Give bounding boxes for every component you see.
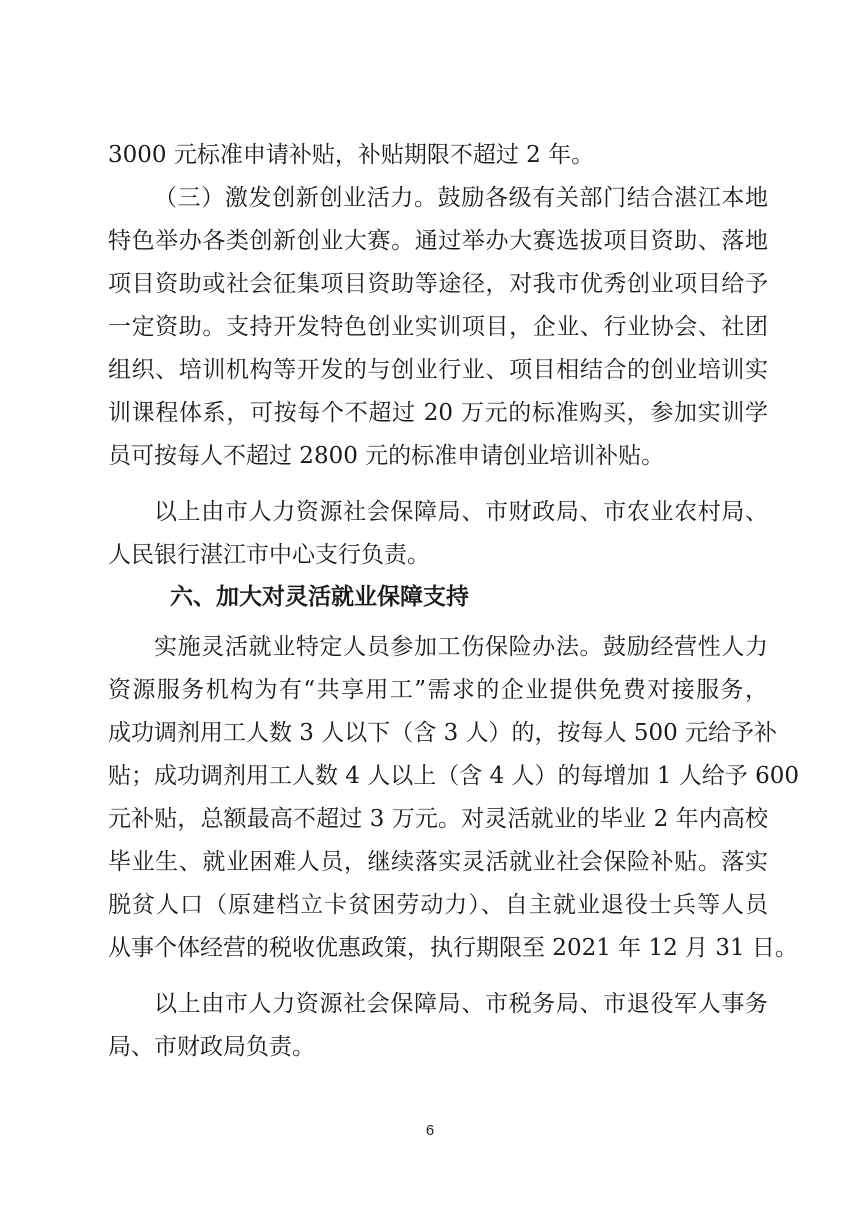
paragraph-line: 人民银行湛江市中心支行负责。 <box>108 535 768 575</box>
paragraph-line: 一定资助。支持开发特色创业实训项目，企业、行业协会、社团 <box>108 307 768 347</box>
paragraph-line: 员可按每人不超过 2800 元的标准申请创业培训补贴。 <box>108 436 768 476</box>
paragraph-line: （三）激发创新创业活力。鼓励各级有关部门结合湛江本地 <box>154 178 768 218</box>
paragraph-line: 毕业生、就业困难人员，继续落实灵活就业社会保险补贴。落实 <box>108 842 768 882</box>
paragraph-line: 以上由市人力资源社会保障局、市财政局、市农业农村局、 <box>154 492 768 532</box>
paragraph-line: 贴；成功调剂用工人数 4 人以上（含 4 人）的每增加 1 人给予 600 <box>108 756 768 796</box>
section-heading: 六、加大对灵活就业保障支持 <box>170 577 469 617</box>
paragraph-line: 成功调剂用工人数 3 人以下（含 3 人）的，按每人 500 元给予补 <box>108 713 768 753</box>
paragraph-line: 资源服务机构为有“共享用工”需求的企业提供免费对接服务， <box>108 670 768 710</box>
paragraph-line: 以上由市人力资源社会保障局、市税务局、市退役军人事务 <box>154 984 768 1024</box>
document-page: 3000 元标准申请补贴，补贴期限不超过 2 年。 （三）激发创新创业活力。鼓励… <box>0 0 860 1217</box>
paragraph-line: 元补贴，总额最高不超过 3 万元。对灵活就业的毕业 2 年内高校 <box>108 799 768 839</box>
paragraph-line: 项目资助或社会征集项目资助等途径，对我市优秀创业项目给予 <box>108 264 768 304</box>
paragraph-line: 3000 元标准申请补贴，补贴期限不超过 2 年。 <box>108 135 768 175</box>
paragraph-line: 组织、培训机构等开发的与创业行业、项目相结合的创业培训实 <box>108 350 768 390</box>
paragraph-line: 特色举办各类创新创业大赛。通过举办大赛选拔项目资助、落地 <box>108 221 768 261</box>
paragraph-line: 局、市财政局负责。 <box>108 1027 768 1067</box>
paragraph-line: 实施灵活就业特定人员参加工伤保险办法。鼓励经营性人力 <box>154 627 768 667</box>
paragraph-line: 训课程体系，可按每个不超过 20 万元的标准购买，参加实训学 <box>108 393 768 433</box>
page-number: 6 <box>0 1122 860 1139</box>
paragraph-line: 从事个体经营的税收优惠政策，执行期限至 2021 年 12 月 31 日。 <box>108 928 768 968</box>
paragraph-line: 脱贫人口（原建档立卡贫困劳动力）、自主就业退役士兵等人员 <box>108 885 768 925</box>
